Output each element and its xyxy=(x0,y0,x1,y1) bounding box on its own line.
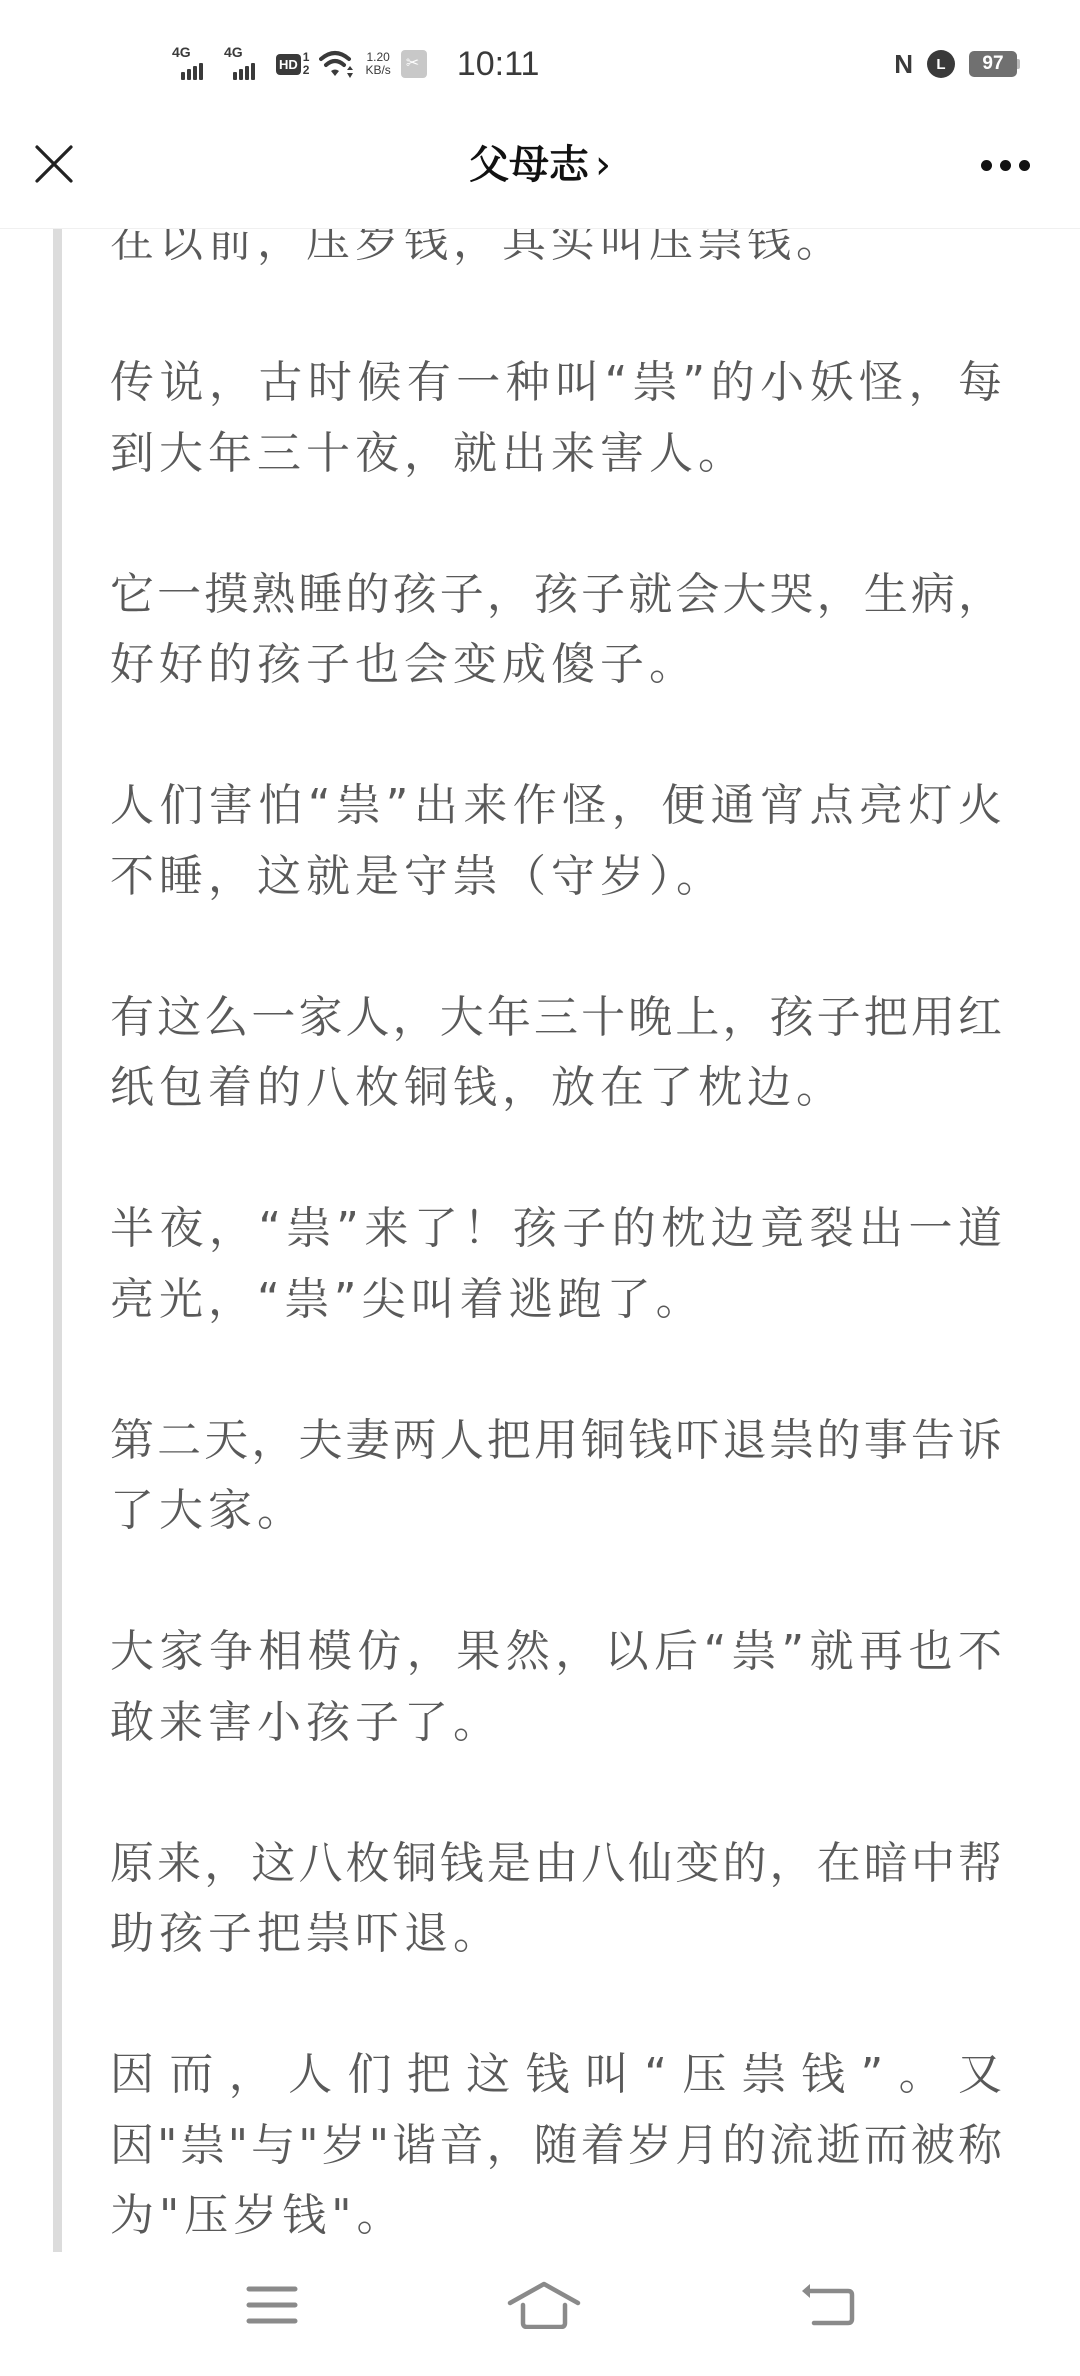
battery-level: 97 xyxy=(969,51,1017,77)
blockquote-content: 在以前，压岁钱，其实叫压祟钱。传说，古时候有一种叫“祟”的小妖怪，每到大年三十夜… xyxy=(110,207,1002,2322)
battery-icon: 97 xyxy=(969,51,1020,77)
status-bar: 4G 4G HD 12 1.20 KB/s 10:11 N L 97 xyxy=(0,0,1080,110)
clock: 10:11 xyxy=(457,45,540,84)
paragraph-line: 纸包着的八枚铜钱，放在了枕边。 xyxy=(110,1053,1002,1124)
top-app-bar: 父母志› xyxy=(0,110,1080,229)
chevron-right-icon: › xyxy=(595,142,611,188)
screenshot-icon xyxy=(401,50,427,78)
paragraph-line: 大家争相模仿，果然，以后“祟”就再也不 xyxy=(110,1617,1002,1688)
paragraph-line: 亮光，“祟”尖叫着逃跑了。 xyxy=(110,1265,1002,1336)
page-title: 父母志 xyxy=(469,142,589,188)
article-paragraph: 传说，古时候有一种叫“祟”的小妖怪，每到大年三十夜，就出来害人。 xyxy=(110,348,1002,489)
paragraph-line: 半夜，“祟”来了！孩子的枕边竟裂出一道 xyxy=(110,1194,1002,1265)
paragraph-line: 它一摸熟睡的孩子，孩子就会大哭，生病， xyxy=(110,560,1002,631)
paragraph-line: 敢来害小孩子了。 xyxy=(110,1688,1002,1759)
signal-label-1: 4G xyxy=(172,44,191,60)
paragraph-line: 因"祟"与"岁"谐音，随着岁月的流逝而被称 xyxy=(110,2111,1002,2182)
article-paragraph: 人们害怕“祟”出来作怪，便通宵点亮灯火不睡，这就是守祟（守岁）。 xyxy=(110,771,1002,912)
more-icon-dot xyxy=(1019,160,1030,171)
menu-icon xyxy=(246,2283,298,2327)
paragraph-line: 了大家。 xyxy=(110,1476,1002,1547)
article-paragraph: 它一摸熟睡的孩子，孩子就会大哭，生病，好好的孩子也会变成傻子。 xyxy=(110,560,1002,701)
network-speed-unit: KB/s xyxy=(365,64,390,77)
article-paragraph: 原来，这八枚铜钱是由八仙变的，在暗中帮助孩子把祟吓退。 xyxy=(110,1829,1002,1970)
paragraph-line: 助孩子把祟吓退。 xyxy=(110,1899,1002,1970)
paragraph-line: 到大年三十夜，就出来害人。 xyxy=(110,419,1002,490)
back-button[interactable] xyxy=(783,2270,873,2340)
paragraph-line: 第二天，夫妻两人把用铜钱吓退祟的事告诉 xyxy=(110,1406,1002,1477)
home-icon xyxy=(507,2281,581,2329)
paragraph-line: 不睡，这就是守祟（守岁）。 xyxy=(110,842,1002,913)
nfc-icon: N xyxy=(894,49,913,80)
article-paragraph: 大家争相模仿，果然，以后“祟”就再也不敢来害小孩子了。 xyxy=(110,1617,1002,1758)
more-icon-dot xyxy=(1000,160,1011,171)
more-icon-dot xyxy=(981,160,992,171)
network-speed: 1.20 KB/s xyxy=(365,51,390,77)
home-button[interactable] xyxy=(499,2270,589,2340)
paragraph-line: 为"压岁钱"。 xyxy=(110,2181,1002,2252)
blockquote-bar xyxy=(53,228,62,2252)
article-paragraph: 因而，人们把这钱叫“压祟钱”。又因"祟"与"岁"谐音，随着岁月的流逝而被称为"压… xyxy=(110,2040,1002,2252)
status-bar-right: N L 97 xyxy=(894,46,1020,82)
back-icon xyxy=(798,2281,858,2329)
paragraph-line: 人们害怕“祟”出来作怪，便通宵点亮灯火 xyxy=(110,771,1002,842)
status-bar-left: 4G 4G HD 12 1.20 KB/s 10:11 xyxy=(172,44,539,84)
account-title-link[interactable]: 父母志› xyxy=(0,140,1080,190)
paragraph-line: 有这么一家人，大年三十晚上，孩子把用红 xyxy=(110,983,1002,1054)
paragraph-line: 好好的孩子也会变成傻子。 xyxy=(110,630,1002,701)
system-nav-bar xyxy=(0,2258,1080,2376)
signal-4g-icon-2: 4G xyxy=(224,46,266,82)
alarm-icon: L xyxy=(927,50,955,78)
wifi-icon xyxy=(319,49,355,79)
paragraph-line: 传说，古时候有一种叫“祟”的小妖怪，每 xyxy=(110,348,1002,419)
hd-sim-bottom: 2 xyxy=(303,64,310,77)
paragraph-line: 原来，这八枚铜钱是由八仙变的，在暗中帮 xyxy=(110,1829,1002,1900)
signal-label-2: 4G xyxy=(224,44,243,60)
article-paragraph: 半夜，“祟”来了！孩子的枕边竟裂出一道亮光，“祟”尖叫着逃跑了。 xyxy=(110,1194,1002,1335)
article-paragraph: 第二天，夫妻两人把用铜钱吓退祟的事告诉了大家。 xyxy=(110,1406,1002,1547)
hd-label: HD xyxy=(276,54,301,75)
article-paragraph: 有这么一家人，大年三十晚上，孩子把用红纸包着的八枚铜钱，放在了枕边。 xyxy=(110,983,1002,1124)
paragraph-line: 因而，人们把这钱叫“压祟钱”。又 xyxy=(110,2040,1002,2111)
article-body[interactable]: 在以前，压岁钱，其实叫压祟钱。传说，古时候有一种叫“祟”的小妖怪，每到大年三十夜… xyxy=(0,0,1080,2376)
hd-voice-icon: HD 12 xyxy=(276,51,309,77)
more-options-button[interactable] xyxy=(970,148,1040,182)
recent-apps-button[interactable] xyxy=(227,2270,317,2340)
signal-4g-icon-1: 4G xyxy=(172,46,214,82)
